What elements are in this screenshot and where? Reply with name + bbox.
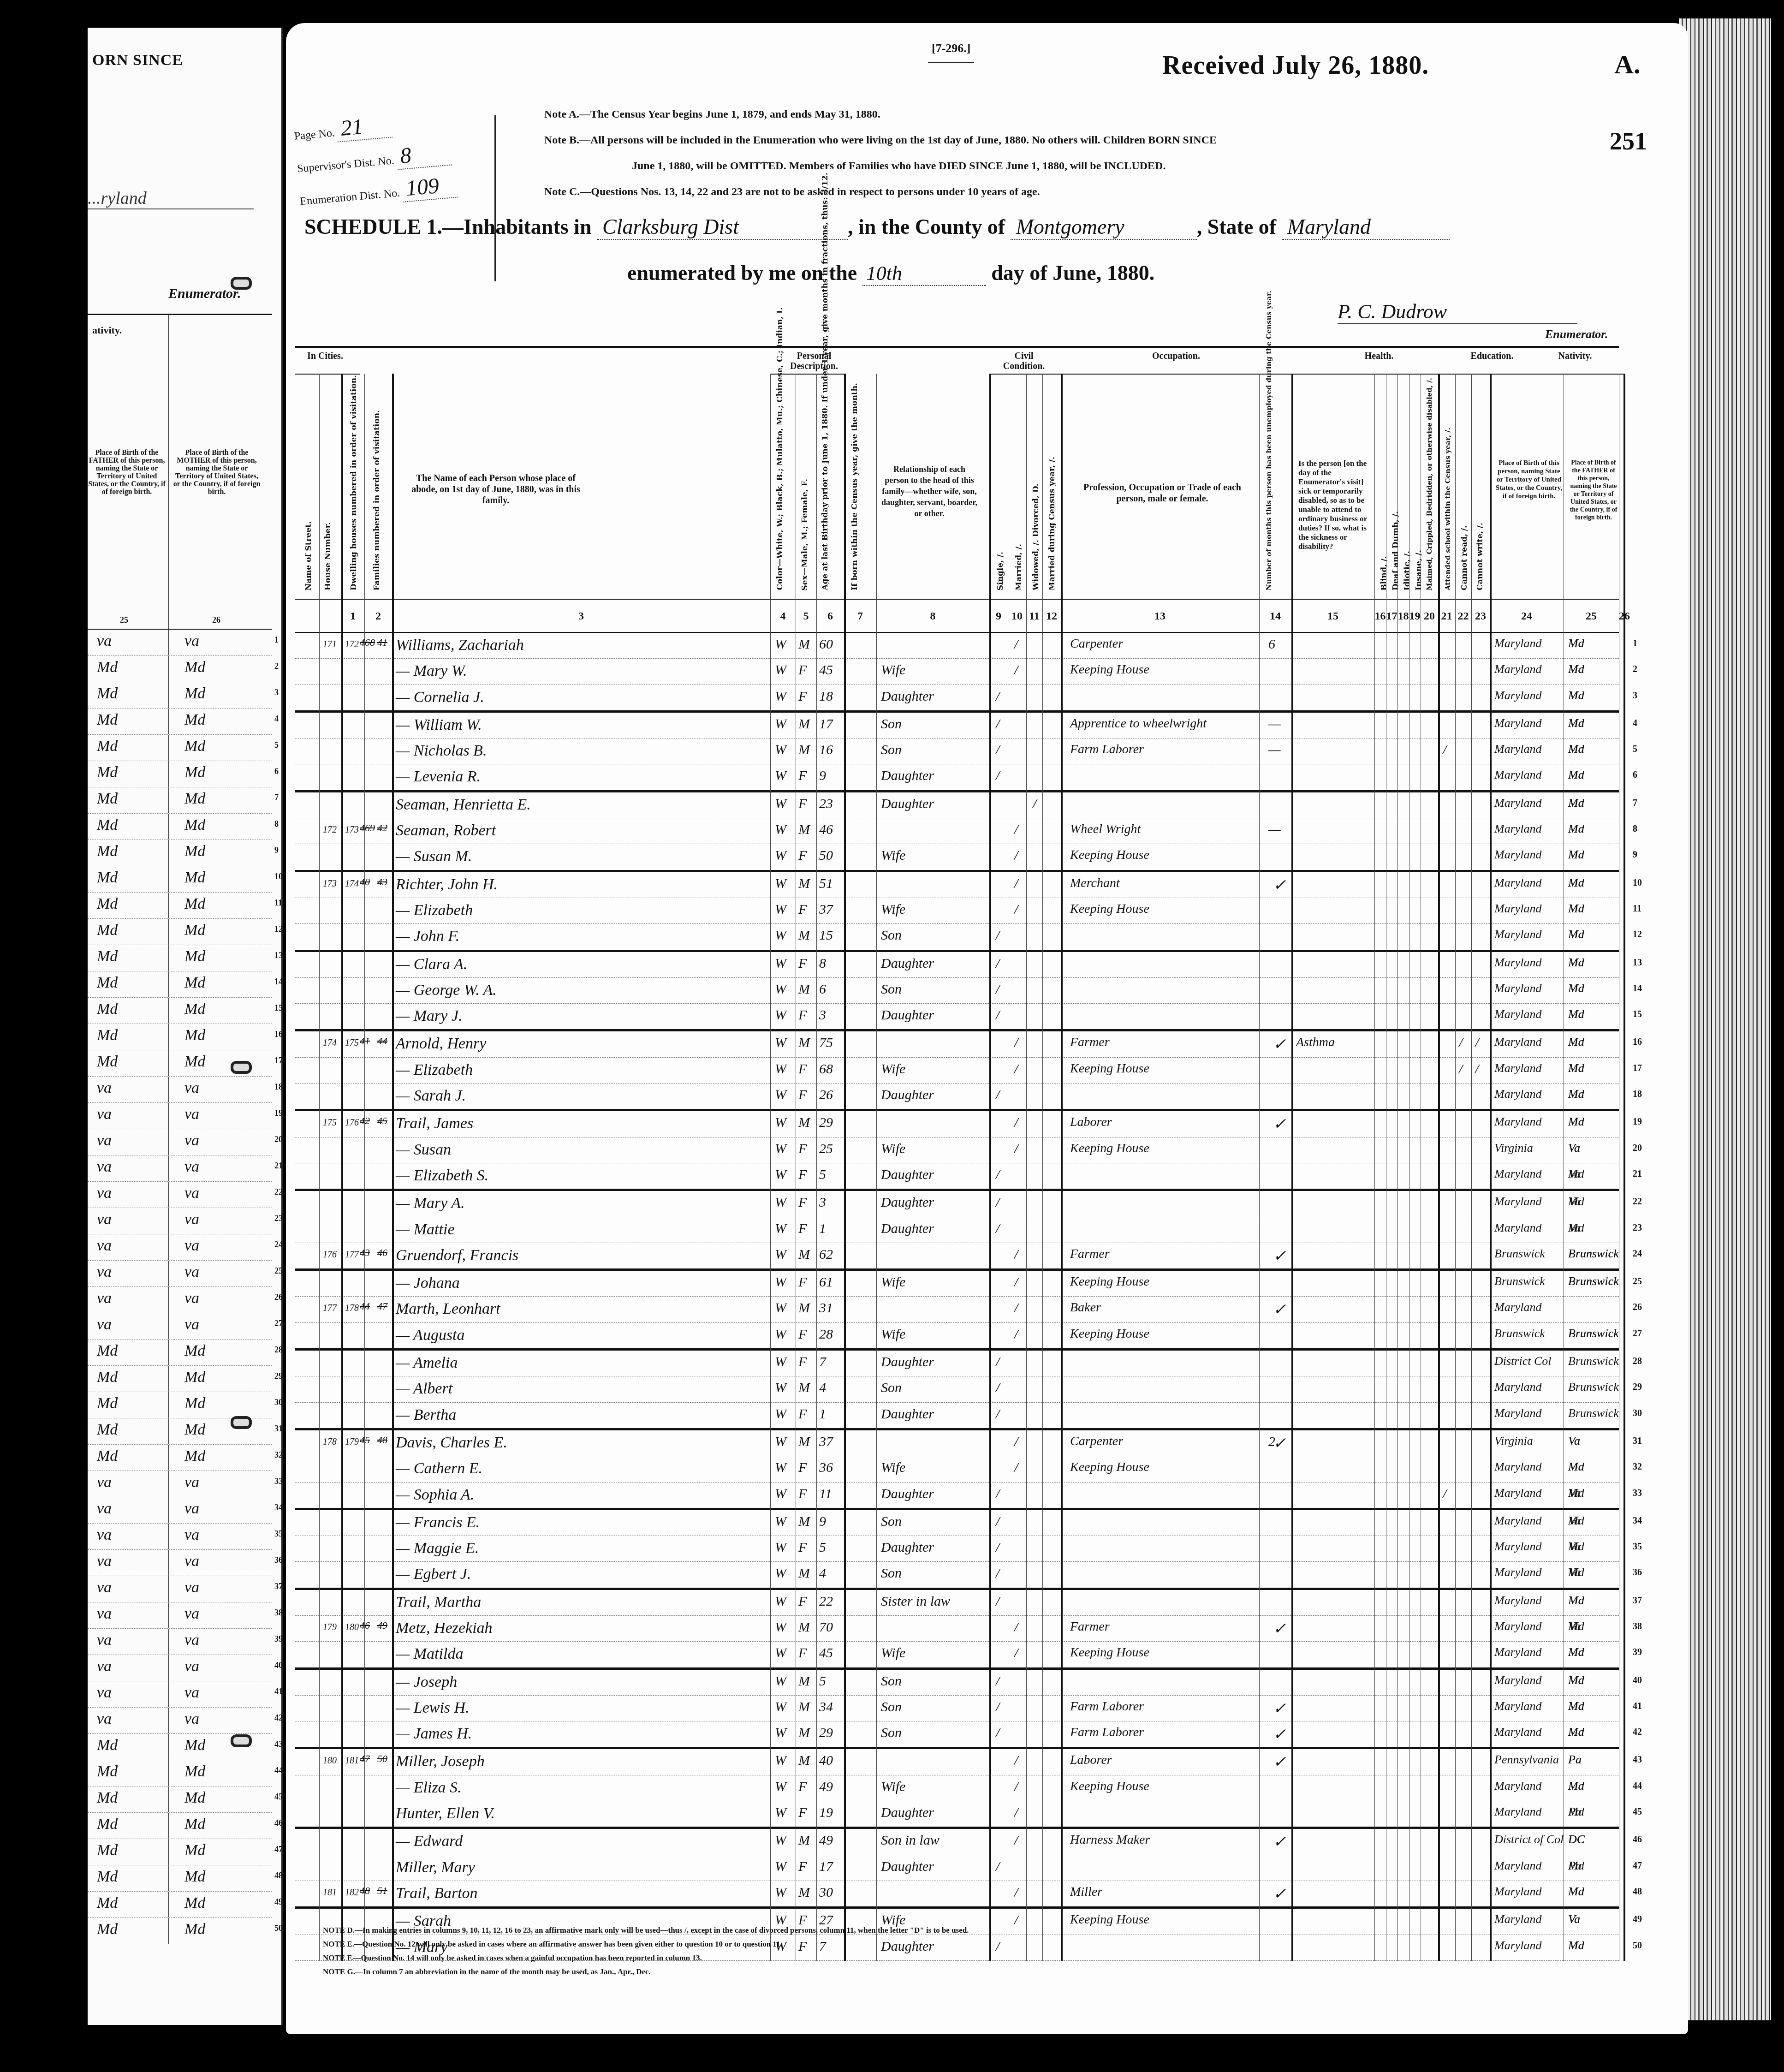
occupation: Keeping House [1070, 1274, 1149, 1289]
left-father-birthplace: va [97, 1132, 112, 1149]
column-number-15: 15 [1291, 610, 1374, 623]
left-page-row: vava18 [88, 1077, 272, 1103]
single-mark: / [996, 1673, 999, 1689]
left-row-number: 1 [274, 635, 279, 645]
left-col-divider [168, 1471, 169, 1497]
note-a: Note A.—The Census Year begins June 1, 1… [544, 101, 1217, 127]
birthplace: Virginia [1494, 1434, 1533, 1448]
left-father-birthplace: Md [97, 922, 118, 939]
left-father-birthplace: Md [97, 948, 118, 965]
left-page-row: MdMd46 [88, 1813, 272, 1839]
person-name: — Mary J. [396, 1007, 462, 1025]
left-page-row: MdMd47 [88, 1839, 272, 1865]
birthplace: Maryland [1494, 768, 1542, 782]
sex-code: M [798, 1434, 810, 1450]
color-code: W [775, 1594, 786, 1609]
left-col-divider [168, 1182, 169, 1208]
note-b-line2: June 1, 1880, will be OMITTED. Members o… [544, 153, 1217, 179]
left-father-birthplace: va [97, 1211, 112, 1228]
sex-code: F [798, 1167, 807, 1183]
left-father-birthplace: Md [97, 1737, 118, 1754]
sex-code: M [798, 1247, 810, 1262]
sex-code: M [798, 637, 810, 652]
color-code: W [775, 1540, 786, 1555]
person-name: — Matilda [396, 1645, 463, 1663]
family-number: 174 [345, 879, 359, 889]
left-page-row: vava34 [88, 1497, 272, 1524]
left-page-row: MdMd8 [88, 814, 272, 840]
metadata-bracket [489, 115, 496, 281]
person-name: — Mary A. [396, 1195, 465, 1212]
struck-dwelling-number: 469 [360, 822, 375, 834]
age: 25 [819, 1141, 833, 1157]
left-row-number: 21 [274, 1161, 283, 1171]
color-code: W [775, 716, 786, 732]
column-number-6: 6 [816, 610, 844, 623]
mother-birthplace: Md [1568, 1939, 1584, 1953]
birthplace: Maryland [1494, 1645, 1542, 1659]
left-col-divider [168, 1024, 169, 1050]
struck-family-number: 43 [377, 876, 387, 888]
col7-header: If born within the Census year, give the… [850, 383, 859, 590]
column-number-19: 19 [1409, 610, 1421, 623]
struck-family-number: 44 [377, 1035, 387, 1047]
married-mark: / [1014, 1274, 1018, 1290]
left-father-birthplace: va [97, 1158, 112, 1176]
left-mother-birthplace: Md [184, 1737, 205, 1754]
left-mother-birthplace: va [184, 1553, 199, 1570]
months-unemployed: 6 [1268, 637, 1275, 652]
column-rule [1455, 374, 1456, 1961]
color-code: W [775, 822, 786, 838]
color-code: W [775, 902, 786, 917]
relationship: Sister in law [881, 1594, 950, 1609]
cannot-read-mark: / [1459, 1035, 1463, 1051]
age: 46 [819, 822, 833, 838]
mother-birthplace: Md [1568, 768, 1584, 782]
left-page-row: MdMd2 [88, 656, 272, 682]
birthplace: Maryland [1494, 876, 1542, 890]
birthplace: Maryland [1494, 689, 1542, 703]
relationship: Wife [881, 662, 905, 678]
married-mark: / [1014, 1247, 1018, 1262]
color-code: W [775, 1673, 786, 1689]
line-number: 44 [1633, 1781, 1642, 1792]
married-mark: / [1014, 876, 1018, 892]
age: 5 [819, 1540, 826, 1555]
binder-ring-icon [231, 277, 252, 290]
color-code: W [775, 876, 786, 892]
line-number: 13 [1633, 958, 1642, 968]
column-rule [1374, 374, 1375, 1961]
mother-birthplace: Md [1568, 956, 1584, 970]
birthplace: Maryland [1494, 1460, 1542, 1474]
age: 15 [819, 928, 833, 943]
mother-birthplace: Md [1568, 1115, 1584, 1129]
birthplace: Brunswick [1494, 1247, 1545, 1261]
single-mark: / [996, 689, 999, 704]
struck-dwelling-number: 41 [360, 1035, 370, 1047]
age: 49 [819, 1833, 833, 1848]
column-number-2: 2 [364, 610, 392, 623]
age: 70 [819, 1619, 833, 1635]
page-no-label: Page No. [294, 127, 335, 143]
page-no-value: 21 [336, 112, 393, 143]
left-father-birthplace: Md [97, 1369, 118, 1386]
relationship: Wife [881, 1061, 905, 1077]
col9-header: Single, /. [996, 552, 1005, 590]
person-name: — Levenia R. [396, 768, 481, 786]
column-number-25: 25 [1564, 610, 1619, 623]
single-mark: / [996, 1221, 999, 1237]
struck-family-number: 49 [377, 1619, 387, 1631]
line-number: 40 [1633, 1675, 1642, 1686]
sick-check: ✓ [1273, 1619, 1286, 1638]
relationship: Son [881, 1566, 902, 1581]
color-code: W [775, 1327, 786, 1342]
age: 4 [819, 1566, 826, 1581]
sex-code: F [798, 796, 807, 812]
column-number-1: 1 [341, 610, 364, 623]
left-page-row: vava26 [88, 1287, 272, 1313]
line-number: 47 [1633, 1861, 1642, 1871]
dwelling-number: 171 [323, 639, 337, 650]
color-code: W [775, 1007, 786, 1023]
footer-notes: NOTE D.—In making entries in columns 9, … [323, 1923, 969, 1979]
left-father-birthplace: va [97, 1079, 112, 1097]
left-mother-birthplace: Md [184, 1447, 205, 1465]
enumerator-label: Enumerator. [1545, 327, 1608, 341]
dwelling-number: 175 [323, 1118, 337, 1128]
sex-code: F [798, 1645, 807, 1661]
sick-check: ✓ [1273, 1300, 1286, 1319]
struck-family-number: 45 [377, 1115, 387, 1127]
line-number: 16 [1633, 1037, 1642, 1048]
relationship: Daughter [881, 1167, 934, 1183]
left-page-row: MdMd32 [88, 1445, 272, 1471]
left-row-number: 17 [274, 1056, 283, 1066]
left-page-row: MdMd44 [88, 1760, 272, 1786]
mother-birthplace: Va [1568, 1434, 1580, 1448]
left-father-birthplace: va [97, 1631, 112, 1649]
mother-birthplace: Md [1568, 1619, 1584, 1633]
age: 17 [819, 716, 833, 732]
left-page-row: MdMd10 [88, 866, 272, 893]
occupation: Keeping House [1070, 1327, 1149, 1341]
left-father-birthplace: va [97, 1106, 112, 1123]
col11-header: Widowed, /. Divorced, D. [1032, 483, 1041, 590]
line-number: 12 [1633, 929, 1642, 940]
sex-code: M [798, 1300, 810, 1316]
group-underline [1490, 374, 1623, 375]
left-row-number: 45 [274, 1792, 283, 1802]
column-rule [1386, 374, 1386, 1961]
mother-birthplace: Md [1568, 1007, 1584, 1021]
age: 29 [819, 1725, 833, 1741]
age: 30 [819, 1885, 833, 1900]
column-number-18: 18 [1397, 610, 1409, 623]
group-civil: Civil Condition. [996, 351, 1052, 371]
age: 34 [819, 1699, 833, 1715]
age: 36 [819, 1460, 833, 1476]
left-page-row: vava35 [88, 1524, 272, 1550]
left-mother-birthplace: Md [184, 1342, 205, 1360]
left-mother-birthplace: Md [184, 790, 205, 808]
sex-code: F [798, 1087, 807, 1103]
single-mark: / [996, 1354, 999, 1370]
age: 8 [819, 956, 826, 971]
left-row-number: 20 [274, 1135, 283, 1144]
birthplace: Maryland [1494, 956, 1542, 970]
relationship: Daughter [881, 1540, 934, 1555]
single-mark: / [996, 742, 999, 758]
occupation: Laborer [1070, 1753, 1112, 1768]
occupation: Apprentice to wheelwright [1070, 716, 1207, 731]
sex-code: F [798, 1221, 807, 1237]
color-code: W [775, 1221, 786, 1237]
dwelling-number: 176 [323, 1250, 337, 1260]
person-name: Hunter, Ellen V. [396, 1805, 495, 1822]
column-number-22: 22 [1455, 610, 1471, 623]
sex-code: F [798, 1540, 807, 1555]
sex-code: F [798, 1327, 807, 1342]
left-father-birthplace: Md [97, 1816, 118, 1833]
sex-code: M [798, 1380, 810, 1396]
birthplace: Pennsylvania [1494, 1753, 1559, 1767]
married-mark: / [1014, 1460, 1018, 1476]
column-rule [1397, 374, 1398, 1961]
column-rule [1619, 374, 1619, 1961]
color-code: W [775, 662, 786, 678]
left-father-birthplace: Md [97, 738, 118, 755]
col20-header: Maimed, Crippled, Bedridden, or otherwis… [1425, 378, 1434, 590]
line-number: 3 [1633, 691, 1637, 701]
mother-birthplace: Md [1568, 1061, 1584, 1075]
birthplace: Maryland [1494, 1167, 1542, 1181]
months-unemployed: — [1268, 716, 1281, 732]
color-code: W [775, 1035, 786, 1051]
left-page-row: vava1 [88, 630, 272, 656]
left-father-birthplace: va [97, 1500, 112, 1518]
col13-header: Profession, Occupation or Trade of each … [1079, 482, 1245, 504]
color-code: W [775, 1195, 786, 1210]
left-row-number: 13 [274, 951, 283, 960]
left-row-number: 32 [274, 1450, 283, 1460]
married-mark: / [1014, 1061, 1018, 1077]
col10-header: Married, /. [1015, 544, 1023, 590]
column-rule [1042, 374, 1043, 1961]
left-mother-birthplace: Md [184, 685, 205, 703]
sex-code: M [798, 1566, 810, 1581]
line-number: 23 [1633, 1223, 1642, 1233]
left-page-row: MdMd7 [88, 787, 272, 814]
form-code: [7-296.] [932, 42, 970, 55]
struck-dwelling-number: 46 [360, 1619, 370, 1631]
left-page-header-fragment: ORN SINCE [92, 52, 183, 69]
left-mother-birthplace: Md [184, 1421, 205, 1439]
left-row-number: 42 [274, 1713, 283, 1723]
left-mother-birthplace: va [184, 632, 199, 650]
left-col-divider [168, 1865, 169, 1891]
left-partial-page: ORN SINCE ...ryland Enumerator. ativity.… [88, 28, 283, 2025]
single-mark: / [996, 768, 999, 784]
left-col-divider [168, 315, 169, 629]
age: 9 [819, 1514, 826, 1530]
column-number-4: 4 [770, 610, 796, 623]
relationship: Daughter [881, 1007, 934, 1023]
left-page-row: MdMd3 [88, 682, 272, 709]
mother-birthplace: Md [1568, 1540, 1584, 1554]
left-page-row: vava19 [88, 1103, 272, 1129]
line-number: 20 [1633, 1143, 1642, 1154]
left-father-birthplace: Md [97, 1342, 118, 1360]
person-name: — Augusta [396, 1327, 465, 1344]
left-page-state-fragment: ...ryland [88, 188, 254, 209]
age: 5 [819, 1673, 826, 1689]
birthplace: District Col [1494, 1354, 1552, 1368]
col12-header: Married during Census year, /. [1048, 457, 1057, 590]
birthplace: Maryland [1494, 1699, 1542, 1713]
age: 3 [819, 1007, 826, 1023]
left-mother-birthplace: Md [184, 1395, 205, 1412]
sick-check: ✓ [1273, 1247, 1286, 1265]
married-mark: / [1014, 1619, 1018, 1635]
birthplace: Maryland [1494, 1380, 1542, 1394]
line-number: 42 [1633, 1727, 1642, 1738]
line-number: 8 [1633, 824, 1637, 834]
left-page-table-header: ativity. Place of Birth of the FATHER of… [88, 315, 272, 630]
line-number: 5 [1633, 744, 1637, 755]
color-code: W [775, 956, 786, 971]
received-stamp: Received July 26, 1880. [1162, 51, 1429, 80]
state-label: , State of [1197, 215, 1276, 238]
married-mark: / [1014, 902, 1018, 917]
left-father-birthplace: Md [97, 895, 118, 913]
relationship: Wife [881, 1327, 905, 1342]
left-page-row: vava38 [88, 1602, 272, 1629]
column-number-23: 23 [1471, 610, 1490, 623]
sex-code: F [798, 1007, 807, 1023]
person-name: — Amelia [396, 1354, 458, 1372]
single-mark: / [996, 1486, 999, 1502]
mother-birthplace: Brunswick [1568, 1247, 1619, 1261]
left-mother-birthplace: Md [184, 1894, 205, 1912]
single-mark: / [996, 1087, 999, 1103]
left-col-divider [168, 1550, 169, 1576]
col4-header: Color—White, W.; Black, B.; Mulatto, Mu.… [776, 307, 785, 590]
left-col-divider [168, 893, 169, 918]
line-number: 6 [1633, 770, 1637, 780]
line-number: 7 [1633, 798, 1637, 809]
sex-code: F [798, 956, 807, 971]
enumerator-signature: P. C. Dudrow [1338, 300, 1577, 324]
left-row-number: 6 [274, 767, 279, 776]
birthplace: Maryland [1494, 637, 1542, 650]
left-mother-birthplace: va [184, 1106, 199, 1123]
left-col-divider [168, 1760, 169, 1786]
person-name: — Susan M. [396, 848, 472, 865]
birthplace: Maryland [1494, 1673, 1542, 1687]
relationship: Son in law [881, 1833, 940, 1848]
mother-birthplace: Md [1568, 716, 1584, 730]
column-rule [1490, 374, 1492, 1961]
mother-birthplace: Pa [1568, 1753, 1582, 1767]
left-page-row: vava36 [88, 1550, 272, 1576]
left-mother-birthplace: va [184, 1211, 199, 1228]
left-col-divider [168, 1050, 169, 1076]
struck-dwelling-number: 47 [360, 1753, 370, 1765]
column-number-16: 16 [1374, 610, 1386, 623]
sex-code: F [798, 1141, 807, 1157]
mother-birthplace: Md [1568, 1486, 1584, 1500]
line-number: 31 [1633, 1436, 1642, 1447]
age: 4 [819, 1380, 826, 1396]
column-number-12: 12 [1042, 610, 1061, 623]
occupation: Farm Laborer [1070, 1725, 1144, 1740]
book-page-edges [1679, 18, 1771, 2020]
single-mark: / [996, 1167, 999, 1183]
left-col-divider [168, 1103, 169, 1129]
left-col-divider [168, 1813, 169, 1839]
left-row-number: 4 [274, 714, 279, 724]
column-rule [392, 374, 394, 1961]
person-name: — Mattie [396, 1221, 454, 1238]
left-row-number: 33 [274, 1477, 283, 1486]
line-number: 14 [1633, 983, 1642, 994]
age: 26 [819, 1087, 833, 1103]
group-underline [295, 374, 360, 375]
family-number: 182 [345, 1887, 359, 1898]
left-row-number: 28 [274, 1345, 283, 1355]
binder-ring-icon [231, 1734, 252, 1747]
note-d: NOTE D.—In making entries in columns 9, … [323, 1923, 969, 1937]
line-number: 34 [1633, 1516, 1642, 1526]
line-number: 10 [1633, 878, 1642, 888]
birthplace: Maryland [1494, 1540, 1542, 1554]
married-mark: / [1014, 637, 1018, 652]
relationship: Son [881, 1699, 902, 1715]
column-number-3: 3 [392, 610, 770, 623]
birthplace: Maryland [1494, 1221, 1542, 1235]
mother-birthplace: Md [1568, 1859, 1584, 1873]
note-e: NOTE E.—Question No. 12 will only be ask… [323, 1937, 969, 1951]
color-code: W [775, 1566, 786, 1581]
left-father-birthplace: va [97, 1290, 112, 1307]
left-father-birthplace: Md [97, 1395, 118, 1412]
age: 45 [819, 1645, 833, 1661]
dwelling-number: 172 [323, 825, 337, 835]
mother-birthplace: Md [1568, 637, 1584, 650]
instruction-notes: Note A.—The Census Year begins June 1, 1… [544, 101, 1217, 205]
birthplace: Maryland [1494, 1514, 1542, 1528]
left-col-divider [168, 1602, 169, 1628]
left-mother-birthplace: Md [184, 1921, 205, 1938]
col8-header: Relationship of each person to the head … [881, 464, 978, 519]
color-code: W [775, 1354, 786, 1370]
left-page-row: vava37 [88, 1576, 272, 1602]
sex-code: F [798, 848, 807, 863]
occupation: Farmer [1070, 1035, 1110, 1050]
left-page-nativity-fragment: ativity. [92, 324, 122, 336]
left-col-divider [168, 1208, 169, 1234]
left-col25-header: Place of Birth of the FATHER of this per… [88, 449, 166, 496]
color-code: W [775, 1141, 786, 1157]
left-col-divider [168, 1576, 169, 1602]
mother-birthplace: Md [1568, 742, 1584, 756]
sex-code: M [798, 1619, 810, 1635]
single-mark: / [996, 1699, 999, 1715]
left-father-birthplace: va [97, 1263, 112, 1281]
